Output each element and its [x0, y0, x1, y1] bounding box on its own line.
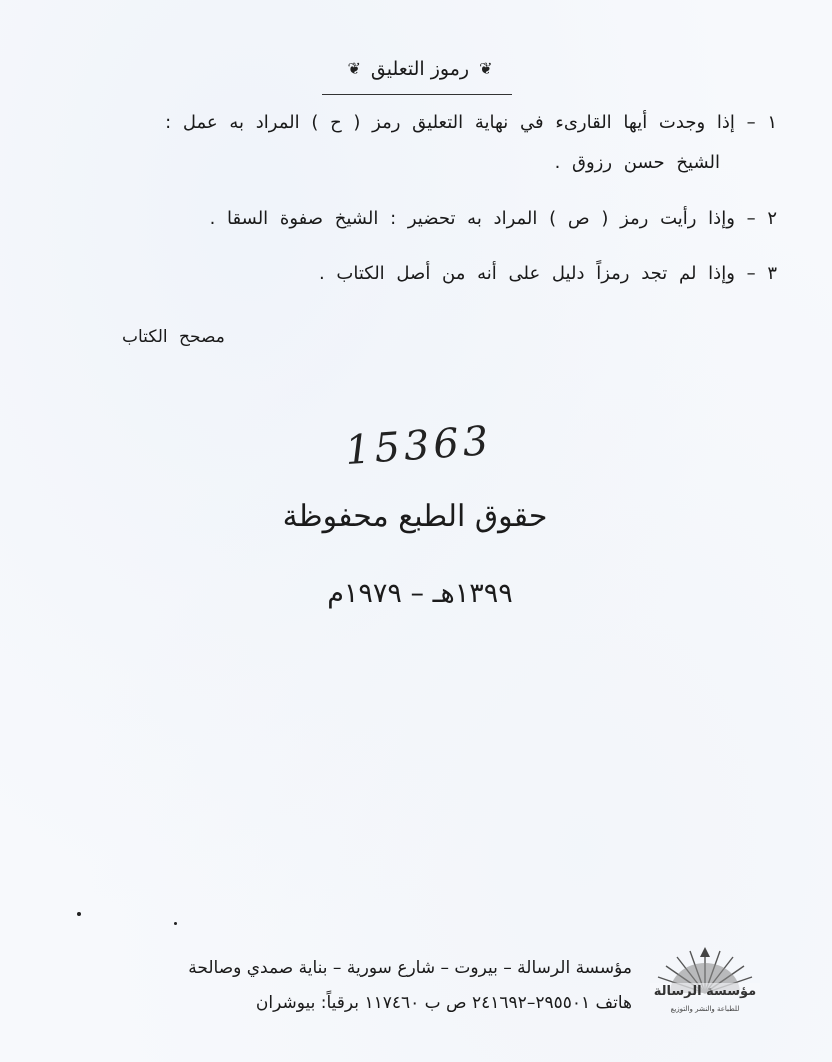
ornament-left-icon: ❦	[347, 55, 360, 83]
signature: مصحح الكتاب	[122, 324, 225, 350]
ornament-right-icon: ❦	[479, 55, 492, 83]
copyright-notice: حقوق الطبع محفوظة	[270, 495, 560, 539]
logo-caption: للطباعة والنشر والتوزيع	[640, 1005, 770, 1013]
page-title: ❦ رموز التعليق ❦	[347, 55, 492, 83]
publisher-contact: هاتف ٢٩٥٥٠١–٢٤١٦٩٢ ص ب ١١٧٤٦٠ برقياً: بي…	[256, 990, 632, 1016]
note-1-line-1: ١ – إذا وجدت أيها القارىء في نهاية التعل…	[165, 110, 777, 136]
publisher-logo: مؤسسة الرسالة للطباعة والنشر والتوزيع	[640, 945, 770, 1020]
note-3: ٣ – وإذا لم تجد رمزاً دليل على أنه من أص…	[319, 261, 777, 287]
header: ❦ رموز التعليق ❦	[310, 55, 530, 83]
publication-date: ١٣٩٩هـ – ١٩٧٩م	[290, 572, 550, 616]
note-2: ٢ – وإذا رأيت رمز ( ص ) المراد به تحضير …	[210, 206, 777, 232]
publisher-address: مؤسسة الرسالة – بيروت – شارع سورية – بنا…	[188, 955, 632, 981]
scanned-page: ❦ رموز التعليق ❦ ١ – إذا وجدت أيها القار…	[0, 0, 832, 1062]
sunburst-logo-icon: مؤسسة الرسالة	[640, 945, 770, 1005]
svg-text:مؤسسة الرسالة: مؤسسة الرسالة	[654, 984, 756, 999]
title-underline	[322, 94, 512, 95]
note-1-line-2: الشيخ حسن رزوق .	[555, 150, 720, 176]
handwritten-catalog-number: 15363	[344, 418, 494, 474]
speck	[77, 912, 81, 916]
speck	[174, 922, 177, 925]
title-text: رموز التعليق	[371, 55, 469, 83]
